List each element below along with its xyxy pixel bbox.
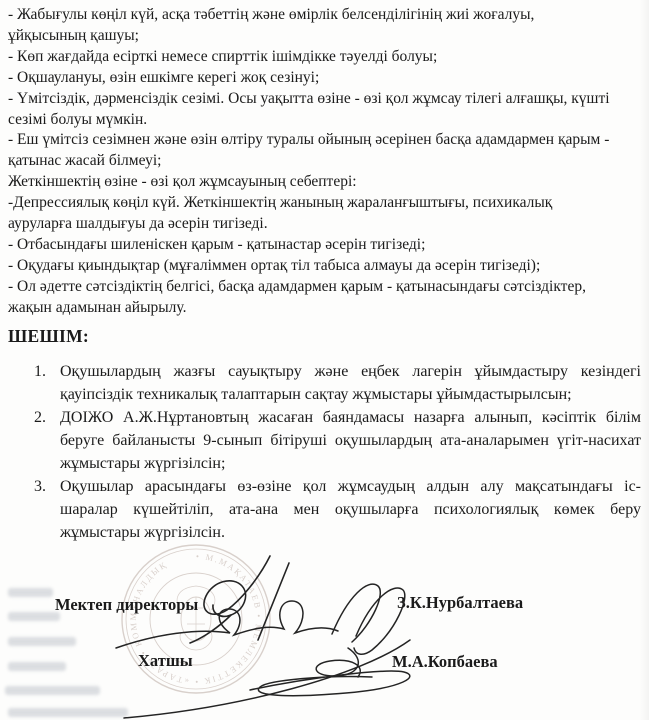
- text-line: Оқушылардың жазғы сауықтыру және еңбек л…: [60, 360, 641, 383]
- text-line: - Ол әдетте сәтсіздіктің белгісі, басқа …: [8, 277, 643, 298]
- resolution-text: Оқушылар арасындағы өз-өзіне қол жұмсауд…: [60, 475, 641, 544]
- resolution-text: ДОІЖО А.Ж.Нұртановтың жасаған баяндамасы…: [60, 406, 641, 475]
- intro-paragraph: - Жабығулы көңіл күй, асқа тәбеттің және…: [8, 5, 643, 319]
- text-line: ДОІЖО А.Ж.Нұртановтың жасаған баяндамасы…: [60, 406, 641, 429]
- scanned-document-page: - Жабығулы көңіл күй, асқа тәбеттің және…: [0, 0, 649, 720]
- resolutions-list: 1. Оқушылардың жазғы сауықтыру және еңбе…: [8, 360, 641, 544]
- text-line: - Оқшаулануы, өзін ешкімге керегі жоқ се…: [8, 68, 643, 89]
- resolution-text: Оқушылардың жазғы сауықтыру және еңбек л…: [60, 360, 641, 406]
- bleed-through-text: [8, 662, 66, 671]
- text-line: Оқушылар арасындағы өз-өзіне қол жұмсауд…: [60, 475, 641, 498]
- bleed-through-text: [8, 588, 53, 597]
- text-line: ұйқысының қашуы;: [8, 26, 643, 47]
- text-line: сезімі болуы мүмкін.: [8, 110, 643, 131]
- resolution-number: 2.: [34, 406, 46, 429]
- bleed-through-text: [8, 612, 60, 621]
- resolution-number: 3.: [34, 475, 46, 498]
- text-line: - Жабығулы көңіл күй, асқа тәбеттің және…: [8, 5, 643, 26]
- text-line: - Үмітсіздік, дәрменсіздік сезімі. Осы у…: [8, 89, 643, 110]
- text-line: шаралар күшейтіліп, ата-ана мен оқушылар…: [60, 498, 641, 521]
- resolution-number: 1.: [34, 360, 46, 383]
- text-line: - Оқудағы қиындықтар (мұғаліммен ортақ т…: [8, 256, 643, 277]
- text-line: -Депрессиялық көңіл күй. Жеткіншектің жа…: [8, 193, 643, 214]
- bleed-through-text: [8, 637, 76, 646]
- secretary-signature: [110, 578, 420, 720]
- resolution-item: 2. ДОІЖО А.Ж.Нұртановтың жасаған баяндам…: [8, 406, 641, 475]
- text-line: - Отбасындағы шиленіскен қарым - қатынас…: [8, 235, 643, 256]
- text-line: беруге байланысты 9-сынып бітіруші оқушы…: [60, 429, 641, 452]
- decision-heading: ШЕШІМ:: [8, 326, 89, 347]
- text-line: қауіпсіздік техникалық талаптарын сақтау…: [60, 383, 641, 406]
- text-line: - Көп жағдайда есірткі немесе спирттік і…: [8, 47, 643, 68]
- bleed-through-text: [5, 686, 100, 695]
- text-line: жақын адамынан айырылу.: [8, 298, 643, 319]
- text-line: ауруларға шалдығуы да әсерін тигізеді.: [8, 214, 643, 235]
- text-line: қатынас жасай білмеуі;: [8, 151, 643, 172]
- resolution-item: 3. Оқушылар арасындағы өз-өзіне қол жұмс…: [8, 475, 641, 544]
- text-line: жұмыстары жүргізілсін;: [60, 452, 641, 475]
- resolution-item: 1. Оқушылардың жазғы сауықтыру және еңбе…: [8, 360, 641, 406]
- text-line: - Еш үмітсіз сезімнен және өзін өлтіру т…: [8, 130, 643, 151]
- text-line: Жеткіншектің өзіне - өзі қол жұмсауының …: [8, 172, 643, 193]
